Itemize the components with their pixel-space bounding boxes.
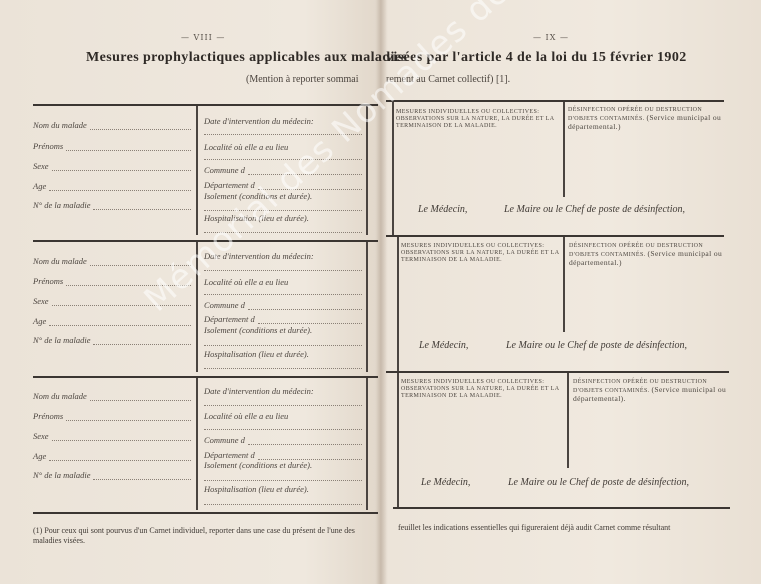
signature-medecin: Le Médecin, <box>421 477 470 488</box>
page-edge-rule <box>366 106 368 235</box>
dotted-line <box>204 134 362 135</box>
page-number-right: — IX — <box>533 33 569 42</box>
field-no-maladie: N° de la maladie <box>33 470 191 480</box>
column-divider <box>567 373 569 468</box>
field-departement: Département d <box>204 314 362 324</box>
field-commune: Commune d <box>204 300 362 310</box>
field-no-maladie: N° de la maladie <box>33 335 191 345</box>
field-nom: Nom du malade <box>33 391 191 401</box>
table-top-rule-left <box>33 104 378 106</box>
field-isolement: Isolement (conditions et durée). <box>204 460 312 470</box>
dotted-line <box>204 232 362 233</box>
field-nom: Nom du malade <box>33 120 191 130</box>
field-prenoms: Prénoms <box>33 411 191 421</box>
dotted-line <box>204 270 362 271</box>
signature-medecin: Le Médecin, <box>418 204 467 215</box>
field-sexe: Sexe <box>33 296 191 306</box>
column-divider <box>563 102 565 197</box>
field-isolement: Isolement (conditions et durée). <box>204 191 312 201</box>
header-desinfection: Désinfection opérée ou destruction d'obj… <box>573 379 728 404</box>
field-commune: Commune d <box>204 165 362 175</box>
column-divider <box>196 378 198 510</box>
page-subtitle-left: (Mention à reporter sommai <box>246 74 358 85</box>
header-mesures: Mesures individuelles ou collectives: ob… <box>396 109 556 130</box>
record-separator <box>386 371 729 373</box>
field-nom: Nom du malade <box>33 256 191 266</box>
field-departement: Département d <box>204 450 362 460</box>
table-top-rule-right <box>386 100 724 102</box>
field-sexe: Sexe <box>33 431 191 441</box>
field-age: Age <box>33 451 191 461</box>
record-separator <box>386 235 724 237</box>
field-age: Age <box>33 181 191 191</box>
page-edge-rule <box>366 242 368 372</box>
dotted-line <box>204 345 362 346</box>
field-localite: Localité où elle a eu lieu <box>204 277 288 287</box>
column-divider <box>196 242 198 372</box>
header-desinfection: Désinfection opérée ou destruction d'obj… <box>569 243 724 268</box>
column-divider <box>196 106 198 235</box>
signature-maire: Le Maire ou le Chef de poste de désinfec… <box>506 340 687 351</box>
column-divider <box>563 237 565 332</box>
header-desinfection: Désinfection opérée ou destruction d'obj… <box>568 107 723 132</box>
page-edge-rule <box>366 378 368 510</box>
signature-maire: Le Maire ou le Chef de poste de désinfec… <box>504 204 685 215</box>
field-localite: Localité où elle a eu lieu <box>204 142 288 152</box>
field-localite: Localité où elle a eu lieu <box>204 411 288 421</box>
dotted-line <box>204 294 362 295</box>
page-subtitle-right: rement au Carnet collectif) [1]. <box>386 74 510 85</box>
dotted-line <box>204 210 362 211</box>
field-hospitalisation: Hospitalisation (lieu et durée). <box>204 349 309 359</box>
dotted-line <box>204 429 362 430</box>
footnote-right: feuillet les indications essentielles qu… <box>398 523 738 533</box>
dotted-line <box>204 159 362 160</box>
table-bottom-rule-right <box>393 507 730 509</box>
field-date-intervention: Date d'intervention du médecin: <box>204 386 314 396</box>
dotted-line <box>204 368 362 369</box>
field-commune: Commune d <box>204 435 362 445</box>
field-no-maladie: N° de la maladie <box>33 200 191 210</box>
page-edge-rule <box>397 373 399 508</box>
footnote-left: (1) Pour ceux qui sont pourvus d'un Carn… <box>33 526 373 546</box>
header-mesures: Mesures individuelles ou collectives: ob… <box>401 379 561 400</box>
signature-medecin: Le Médecin, <box>419 340 468 351</box>
field-date-intervention: Date d'intervention du médecin: <box>204 116 314 126</box>
dotted-line <box>204 480 362 481</box>
page-edge-rule <box>397 237 399 372</box>
page-number-left: — VIII — <box>181 33 225 42</box>
record-separator <box>33 376 378 378</box>
field-hospitalisation: Hospitalisation (lieu et durée). <box>204 213 309 223</box>
field-prenoms: Prénoms <box>33 141 191 151</box>
header-mesures: Mesures individuelles ou collectives: ob… <box>401 243 561 264</box>
signature-maire: Le Maire ou le Chef de poste de désinfec… <box>508 477 689 488</box>
field-departement: Département d <box>204 180 362 190</box>
table-bottom-rule-left <box>33 512 378 514</box>
page-edge-rule <box>392 102 394 235</box>
field-isolement: Isolement (conditions et durée). <box>204 325 312 335</box>
book-spread: — VIII — Mesures prophylactiques applica… <box>0 0 761 584</box>
field-prenoms: Prénoms <box>33 276 191 286</box>
field-hospitalisation: Hospitalisation (lieu et durée). <box>204 484 309 494</box>
page-title-left: Mesures prophylactiques applicables aux … <box>86 50 407 66</box>
field-age: Age <box>33 316 191 326</box>
dotted-line <box>204 405 362 406</box>
book-gutter <box>375 0 387 584</box>
record-separator <box>33 240 378 242</box>
field-date-intervention: Date d'intervention du médecin: <box>204 251 314 261</box>
page-title-right: visées par l'article 4 de la loi du 15 f… <box>386 50 687 66</box>
dotted-line <box>204 504 362 505</box>
field-sexe: Sexe <box>33 161 191 171</box>
